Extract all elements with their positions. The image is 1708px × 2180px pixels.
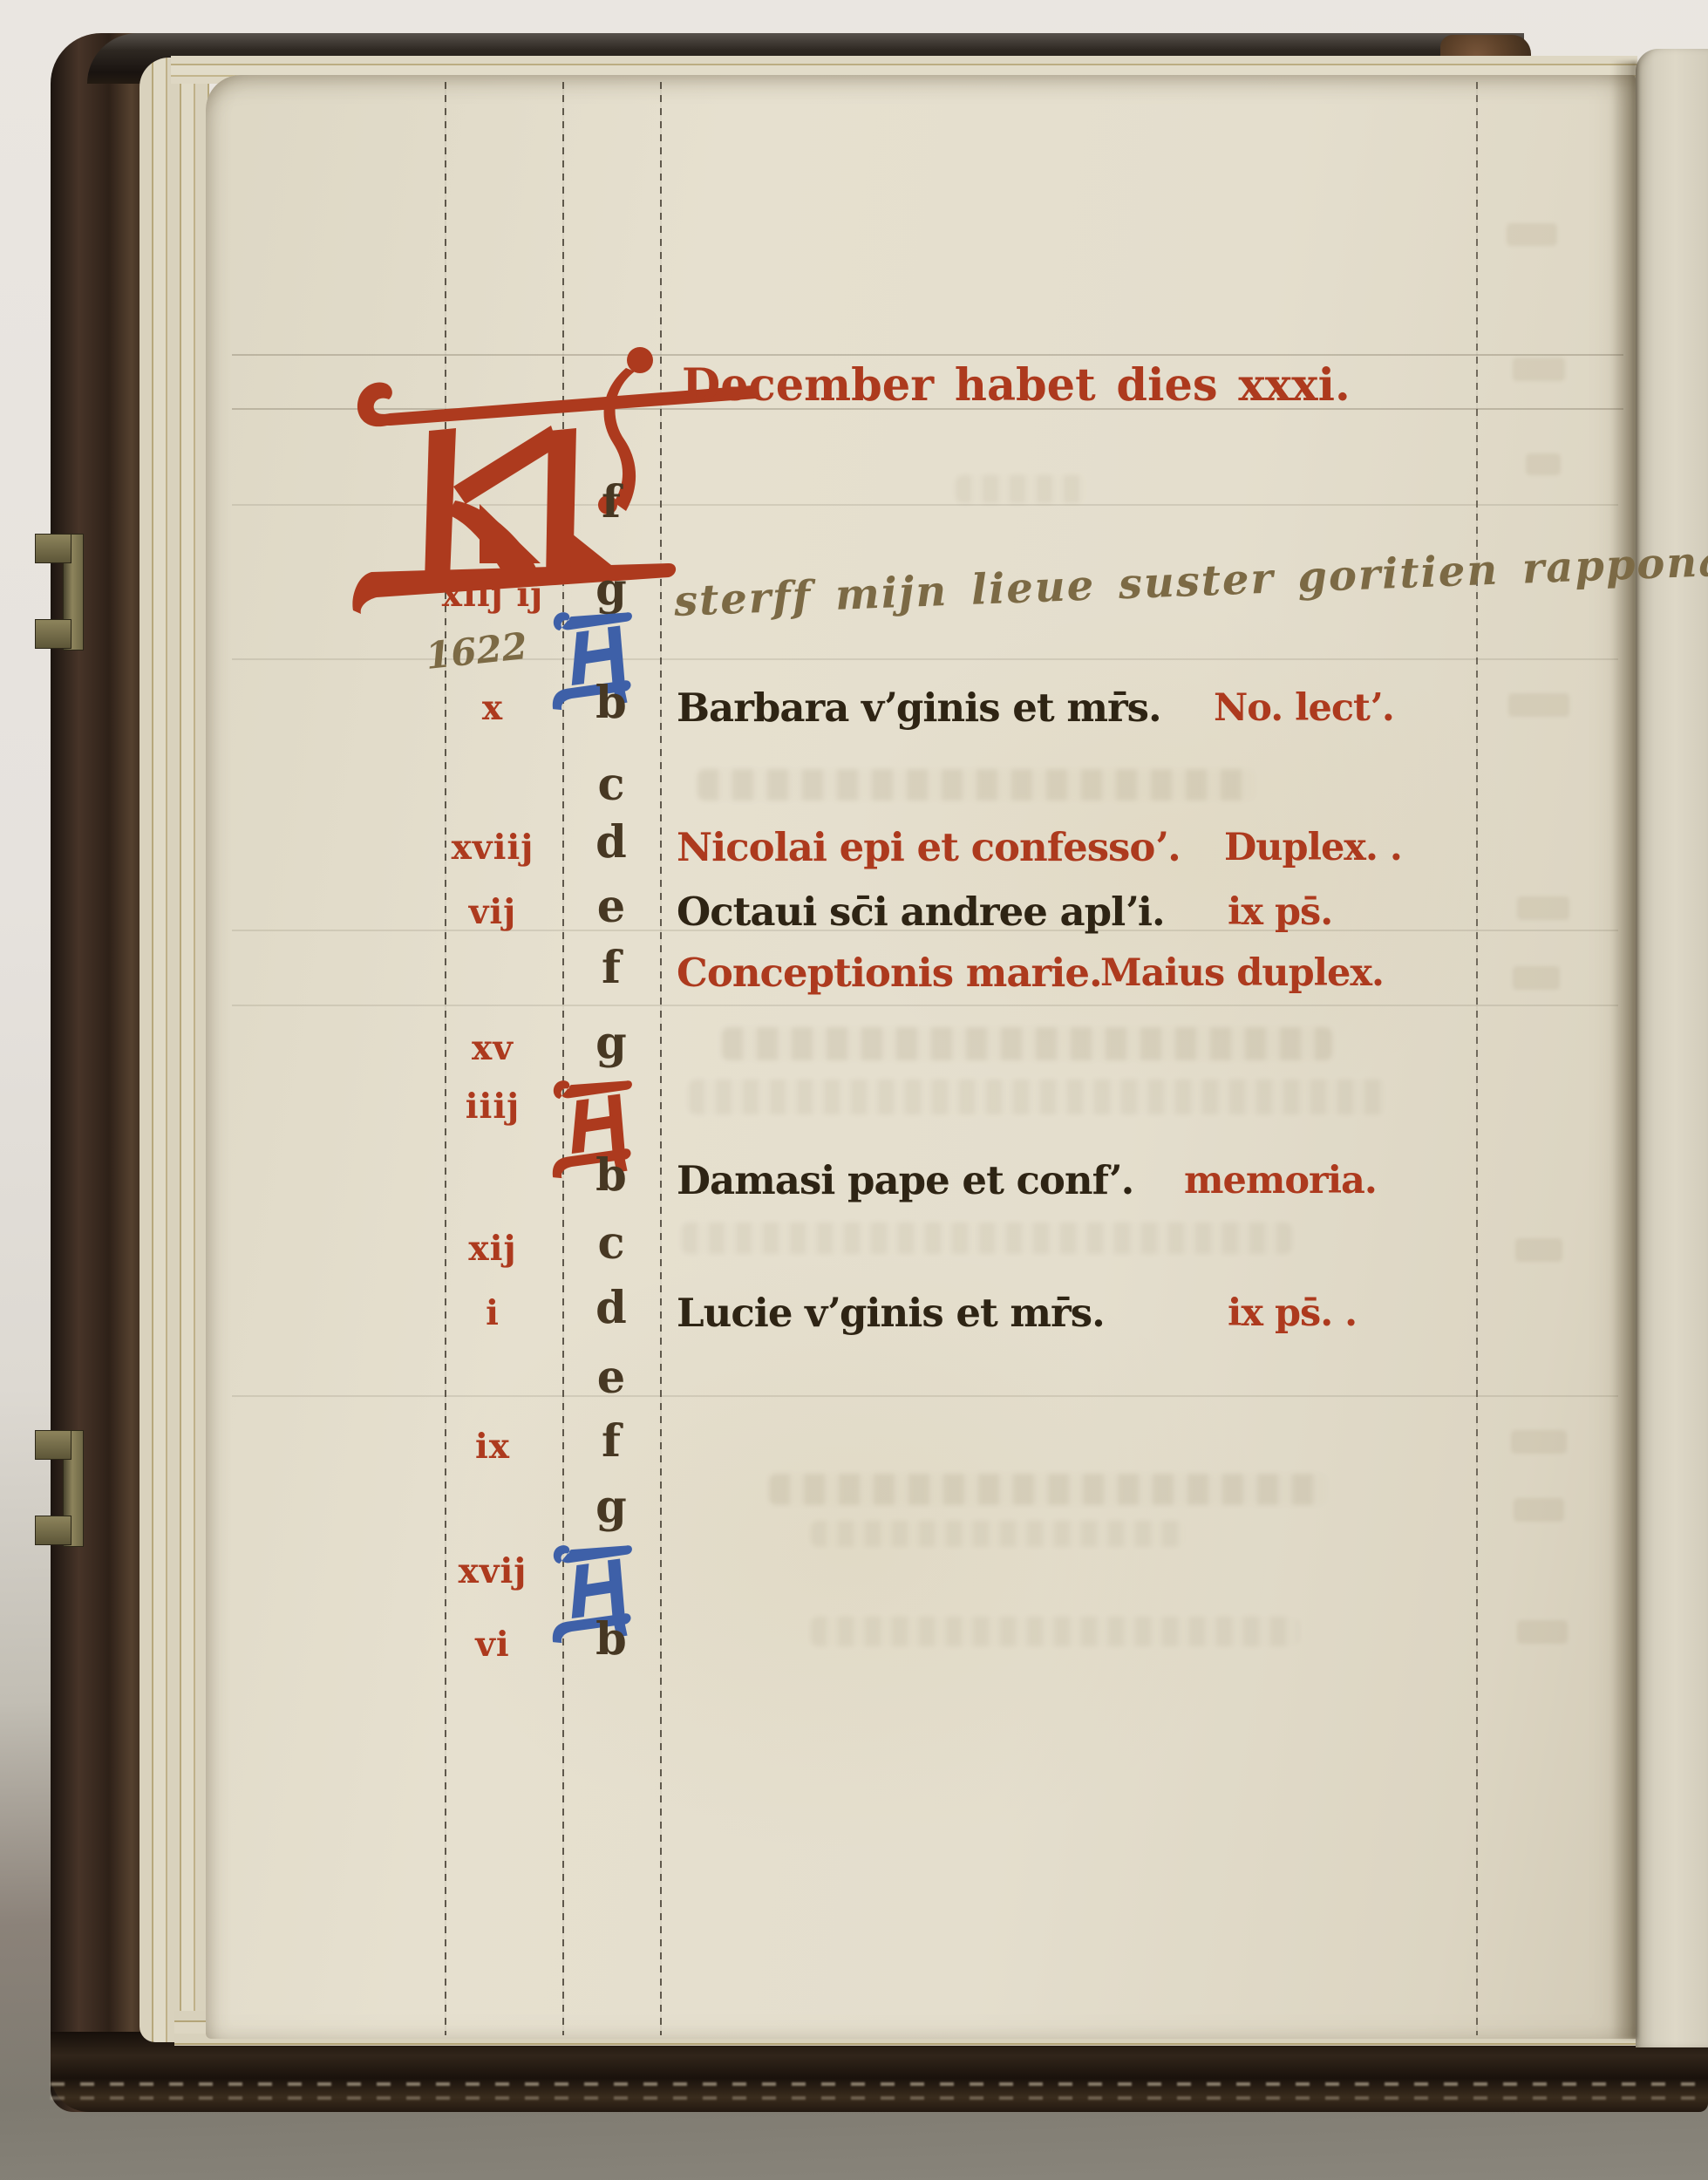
show-through-numeral: [1513, 358, 1565, 381]
feast-grading: ix ps̄. .: [1228, 1287, 1357, 1339]
dominical-letter: d: [563, 818, 659, 867]
feast-entry: Barbara vʼginis et mr̄s.: [677, 682, 1161, 734]
clasp-prong: [35, 619, 71, 649]
show-through-numeral: [1517, 896, 1569, 920]
dominical-letter: g: [563, 1482, 659, 1531]
golden-number: ix: [429, 1424, 556, 1469]
ruling-line-vertical-margin: [1476, 82, 1478, 2035]
feast-grading: Duplex. .: [1224, 821, 1402, 874]
show-through-numeral: [1515, 1238, 1562, 1262]
photo-of-open-manuscript: December habet dies xxxi. 1622 sterff mi…: [0, 0, 1708, 2180]
leather-gloss-streaks: [51, 2082, 1708, 2086]
show-through-text: [811, 1617, 1299, 1646]
month-title: December habet dies xxxi.: [682, 359, 1351, 412]
feast-grading: Maius duplex.: [1100, 947, 1384, 999]
clasp-prong: [35, 1516, 71, 1545]
dominical-letter: e: [563, 882, 659, 931]
dominical-letter: f: [563, 944, 659, 992]
dominical-letter: f: [563, 478, 659, 527]
show-through-text: [769, 1474, 1327, 1505]
show-through-numeral: [1511, 1430, 1567, 1454]
clasp-prong: [35, 1430, 71, 1460]
golden-number: xv: [429, 1025, 556, 1071]
feast-grading: ix ps̄.: [1228, 886, 1332, 938]
ruling-line-horizontal: [232, 1395, 1618, 1397]
feast-entry: Damasi pape et confʼ.: [677, 1155, 1133, 1207]
kl-kalends-monogram: [352, 276, 771, 624]
gutter-fold-shadow: [1611, 61, 1637, 2039]
dominical-letter: b: [563, 678, 659, 727]
feast-grading: memoria.: [1184, 1155, 1377, 1207]
show-through-numeral: [1508, 693, 1569, 717]
dominical-letter: f: [563, 1417, 659, 1466]
ruling-line-horizontal: [232, 1005, 1618, 1006]
show-through-text: [689, 1080, 1386, 1114]
brass-clasp-top: [35, 534, 84, 649]
feast-entry: Conceptionis marie.: [677, 947, 1102, 999]
show-through-numeral: [1517, 1620, 1568, 1644]
golden-number: vij: [429, 889, 556, 935]
show-through-text: [956, 475, 1086, 503]
feast-entry: Lucie vʼginis et mr̄s.: [677, 1287, 1105, 1339]
golden-number: xviij: [429, 825, 556, 870]
dominical-letter: g: [563, 1018, 659, 1067]
golden-number: vi: [429, 1622, 556, 1667]
dominical-letter: c: [563, 760, 659, 809]
feast-entry: Nicolai epi et confessoʼ.: [677, 821, 1181, 874]
show-through-text: [722, 1027, 1332, 1060]
dominical-letter: b: [563, 1615, 659, 1664]
dominical-letter: e: [563, 1353, 659, 1402]
show-through-text: [697, 769, 1255, 800]
leather-gloss-streaks: [51, 2096, 1708, 2100]
feast-entry: Octaui sc̄i andree aplʼi.: [677, 886, 1165, 938]
show-through-text: [682, 1223, 1292, 1254]
show-through-numeral: [1513, 966, 1560, 990]
show-through-numeral: [1507, 223, 1557, 246]
show-through-numeral: [1526, 453, 1561, 475]
golden-number: x: [429, 685, 556, 731]
show-through-text: [811, 1521, 1186, 1547]
book-cover-left-edge: [51, 33, 145, 2112]
feast-grading: No. lectʼ.: [1214, 682, 1394, 734]
dominical-letter: c: [563, 1219, 659, 1268]
clasp-prong: [35, 534, 71, 563]
dominical-letter: d: [563, 1284, 659, 1332]
facing-page-edge: [1636, 49, 1708, 2047]
page-stack-left-edges: [139, 58, 209, 2042]
brass-clasp-bottom: [35, 1430, 84, 1545]
dominical-letter: b: [563, 1151, 659, 1200]
golden-number: i: [429, 1291, 556, 1336]
golden-number: xij: [429, 1226, 556, 1271]
show-through-numeral: [1514, 1498, 1564, 1522]
